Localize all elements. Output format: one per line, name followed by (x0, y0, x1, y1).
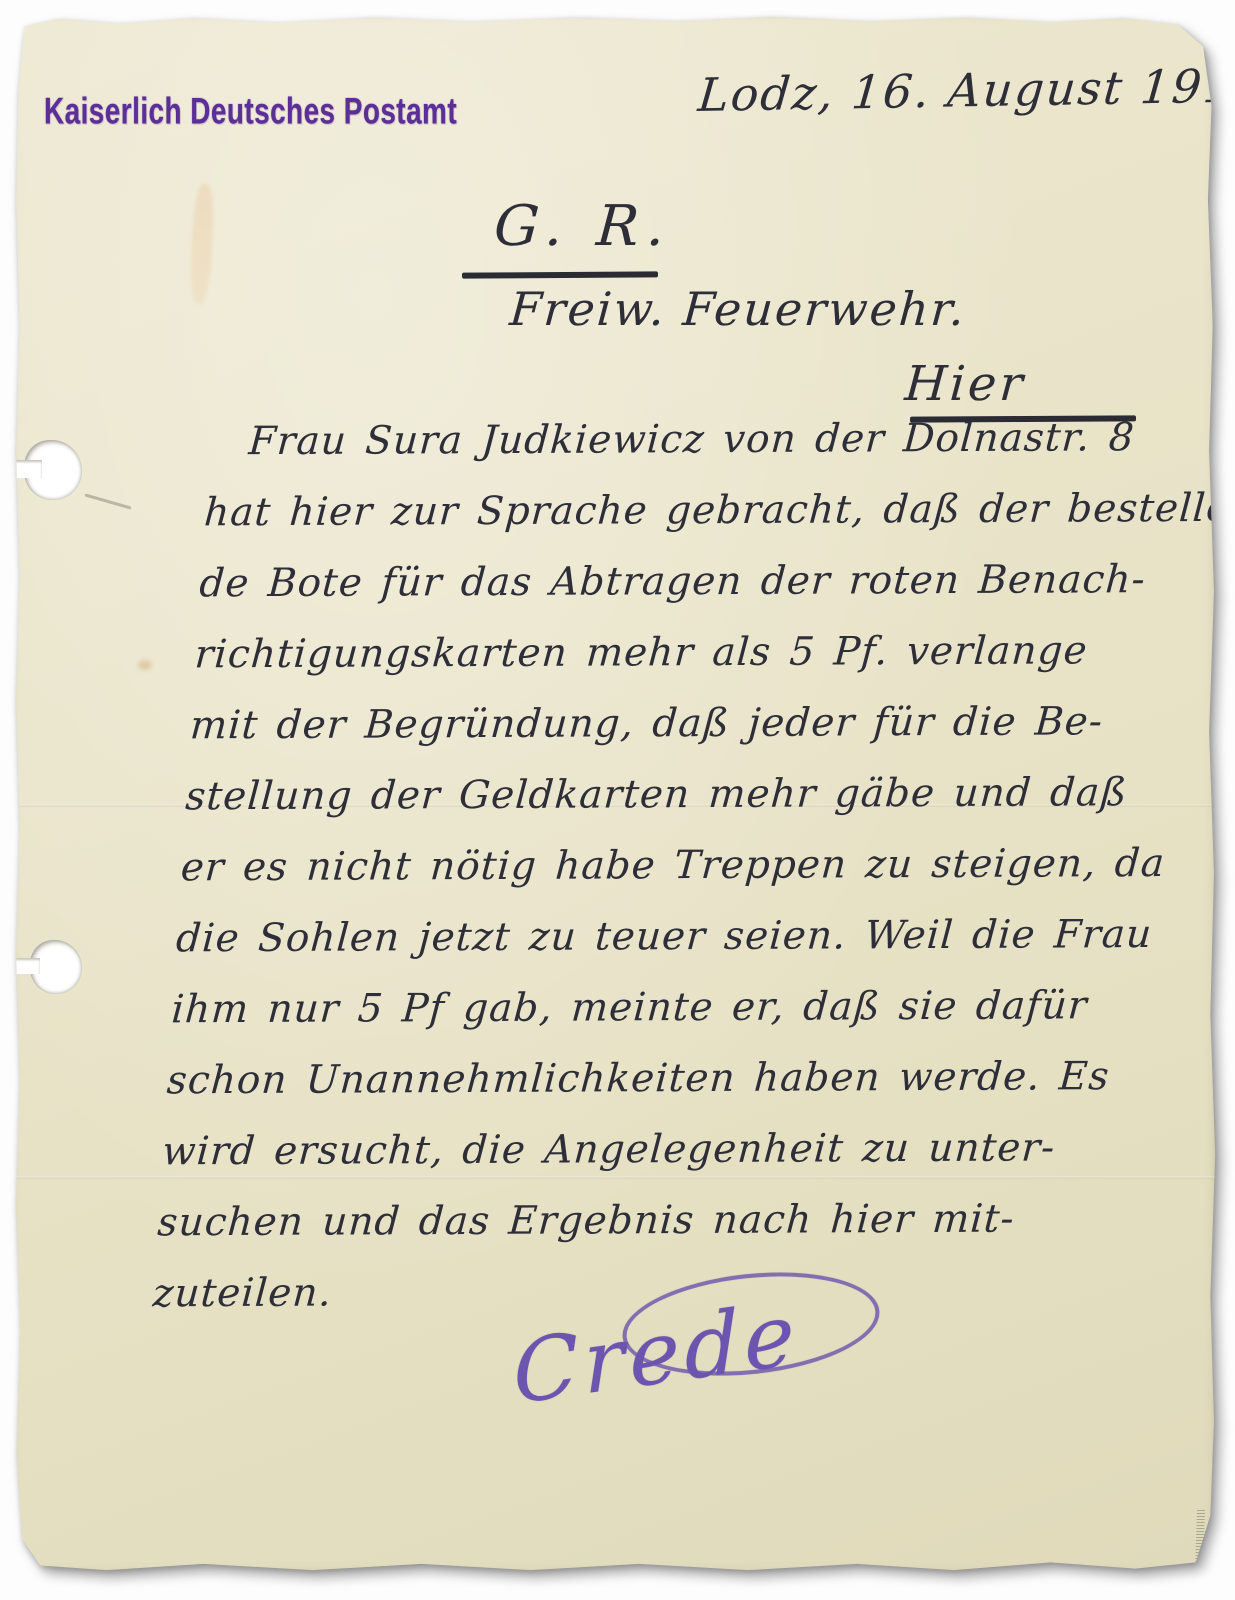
punch-hole-bottom-notch (10, 958, 40, 974)
delivery-note: Hier (903, 356, 1027, 412)
body-line: richtigungskarten mehr als 5 Pf. verlang… (194, 631, 1235, 675)
official-stamp: Kaiserlich Deutsches Postamt (44, 92, 457, 133)
body-line: ihm nur 5 Pf gab, meinte er, daß sie daf… (170, 986, 1235, 1030)
letter-body: Frau Sura Judkiewicz von der Dolnastr. 8… (150, 418, 1235, 1346)
punch-hole-top-notch (10, 460, 42, 478)
dateline: Lodz, 16. August 1917. (696, 58, 1235, 122)
pencil-mark (85, 493, 132, 509)
recipient-line: Freiw. Feuerwehr. (508, 282, 968, 336)
reference-code: G. R. (492, 194, 675, 259)
letter-paper-wrap: Kaiserlich Deutsches Postamt Lodz, 16. A… (10, 12, 1220, 1578)
body-line: de Bote für das Abtragen der roten Benac… (198, 560, 1235, 604)
letter-paper: Kaiserlich Deutsches Postamt Lodz, 16. A… (10, 12, 1220, 1578)
printer-mark (1195, 1510, 1205, 1568)
page-background: Kaiserlich Deutsches Postamt Lodz, 16. A… (0, 0, 1235, 1600)
body-line: mit der Begründung, daß jeder für die Be… (189, 702, 1235, 746)
reference-underline (462, 271, 658, 278)
body-line: wird ersucht, die Angelegenheit zu unter… (161, 1128, 1230, 1172)
body-line: schon Unannehmlichkeiten haben werde. Es (166, 1057, 1235, 1101)
scratch-mark (189, 184, 215, 305)
body-line: hat hier zur Sprache gebracht, daß der b… (203, 489, 1235, 533)
body-line: stellung der Geldkarten mehr gäbe und da… (184, 773, 1235, 817)
body-line: er es nicht nötig habe Treppen zu steige… (180, 844, 1235, 888)
body-line: suchen und das Ergebnis nach hier mit- (156, 1199, 1225, 1243)
foxing-spot (138, 660, 152, 670)
body-line: Frau Sura Judkiewicz von der Dolnastr. 8 (208, 418, 1235, 462)
body-line: die Sohlen jetzt zu teuer seien. Weil di… (175, 915, 1235, 959)
